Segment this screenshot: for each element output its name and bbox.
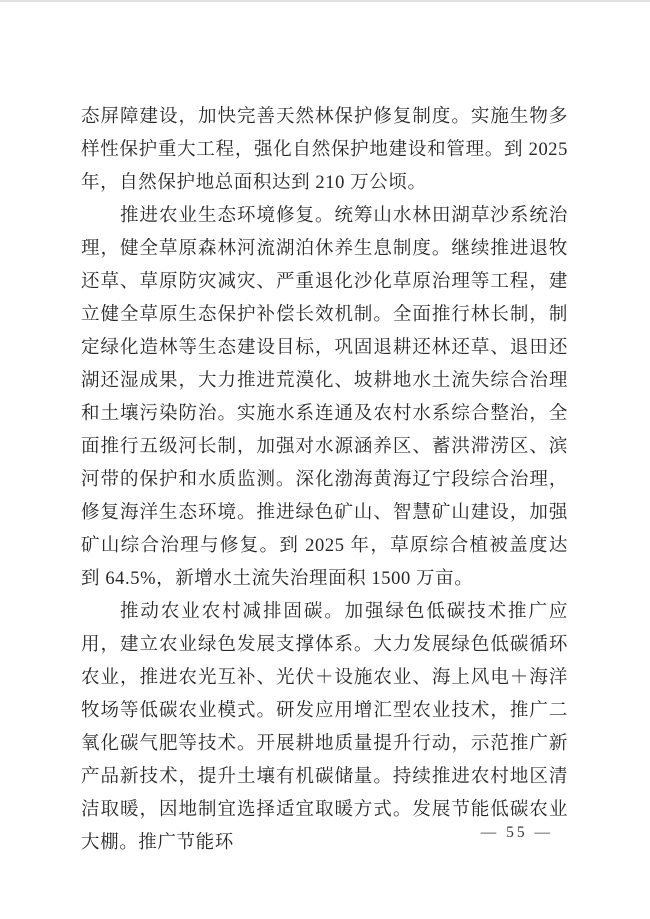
paragraph-emission-reduction: 推动农业农村减排固碳。加强绿色低碳技术推广应用，建立农业绿色发展支撑体系。大力发… bbox=[81, 596, 568, 860]
scan-edge-artifact bbox=[0, 0, 650, 2]
page-body-text: 态屏障建设，加快完善天然林保护修复制度。实施生物多样性保护重大工程，强化自然保护… bbox=[81, 101, 568, 860]
page-number: — 55 — bbox=[481, 822, 553, 844]
document-page: 态屏障建设，加快完善天然林保护修复制度。实施生物多样性保护重大工程，强化自然保护… bbox=[0, 0, 650, 919]
paragraph-agri-eco-restoration: 推进农业生态环境修复。统筹山水林田湖草沙系统治理，健全草原森林河流湖泊休养生息制… bbox=[81, 200, 568, 596]
paragraph-continuation: 态屏障建设，加快完善天然林保护修复制度。实施生物多样性保护重大工程，强化自然保护… bbox=[81, 101, 568, 200]
